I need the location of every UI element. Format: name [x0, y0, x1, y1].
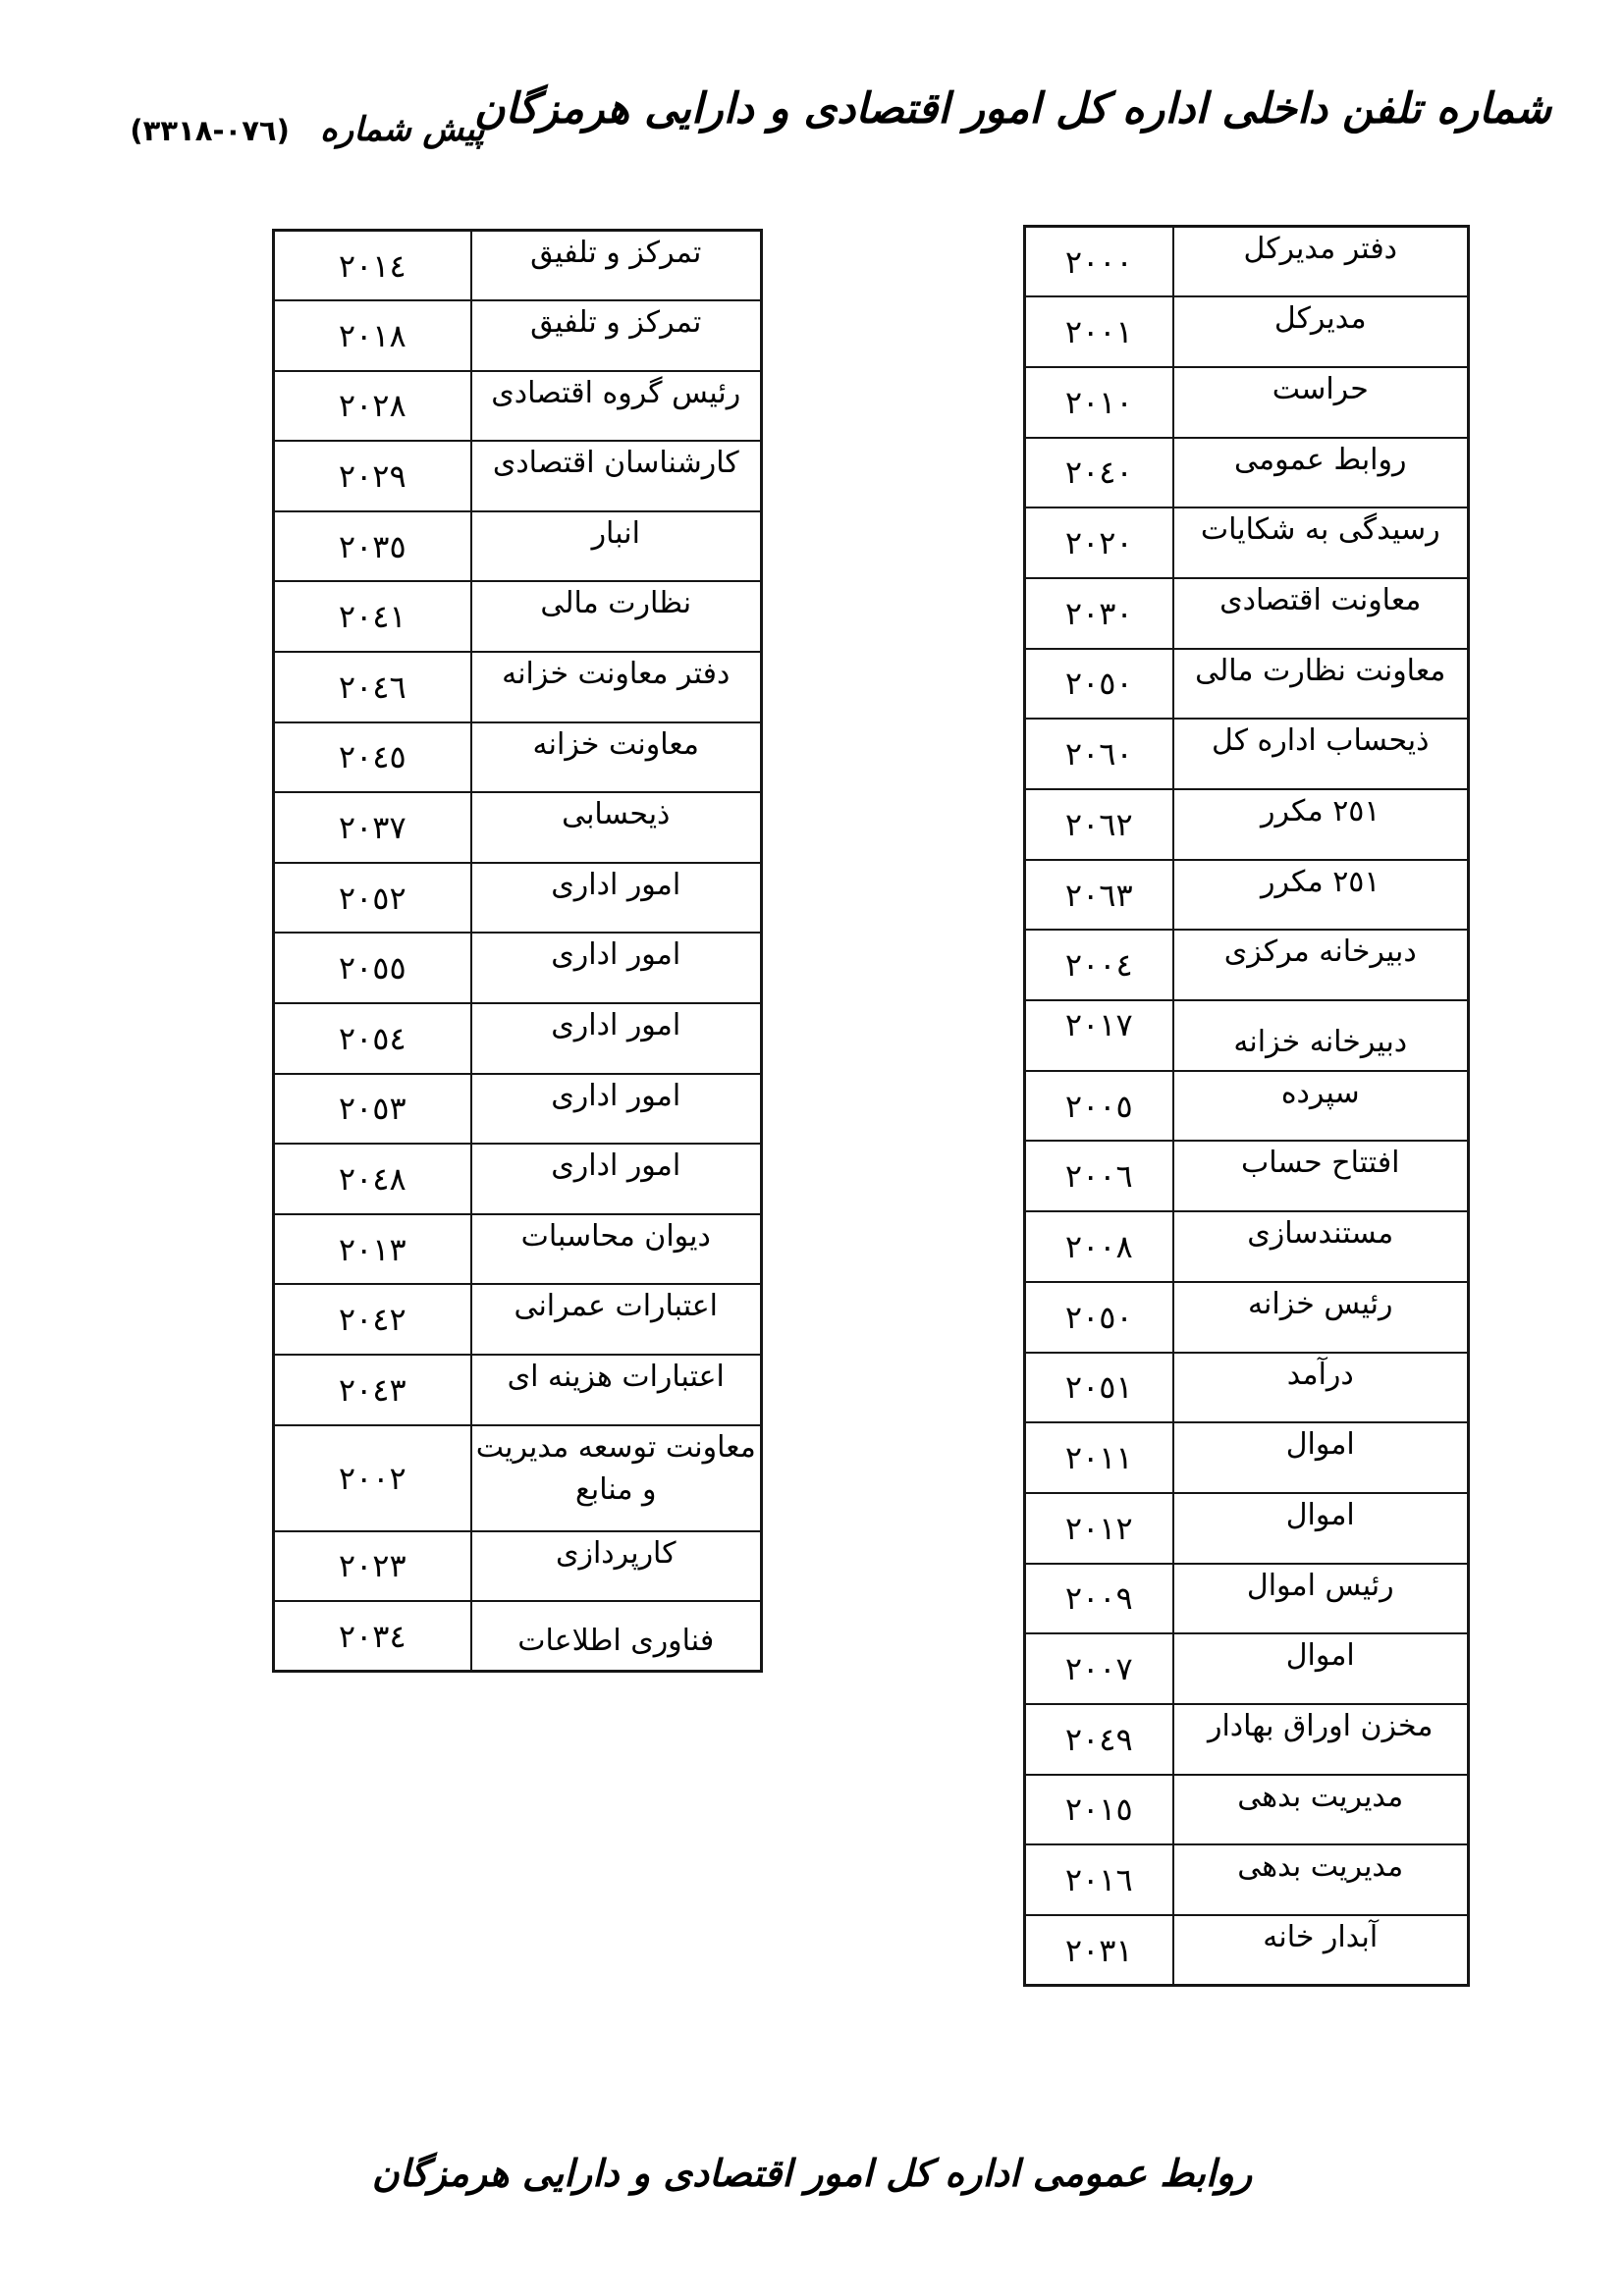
table-row: آبدار خانه٢٠٣١	[1025, 1915, 1469, 1986]
extension-number: ٢٠٢٣	[274, 1531, 471, 1602]
prefix-label: پیش شماره	[320, 110, 485, 149]
extension-number: ٢٠٥٠	[1025, 1282, 1173, 1353]
table-row: مدیرکل٢٠٠١	[1025, 296, 1469, 367]
document-page: شماره تلفن داخلی اداره کل امور اقتصادی و…	[0, 0, 1624, 2296]
extension-number: ٢٠٥٣	[274, 1074, 471, 1145]
table-row: تمرکز و تلفیق٢٠١٨	[274, 300, 762, 371]
department-label: امور اداری	[471, 1144, 762, 1214]
table-row: اموال٢٠٠٧	[1025, 1633, 1469, 1704]
prefix-number: (٠٧٦-٣٣١٨)	[130, 114, 290, 147]
table-row: مدیریت بدهی٢٠١٦	[1025, 1844, 1469, 1915]
extension-number: ٢٠١٨	[274, 300, 471, 371]
department-label: ٢٥١ مکرر	[1173, 860, 1469, 931]
table-row: دفتر مدیرکل٢٠٠٠	[1025, 227, 1469, 297]
table-row: دبیرخانه خزانه٢٠١٧	[1025, 1000, 1469, 1071]
department-label: رئیس خزانه	[1173, 1282, 1469, 1353]
department-label: سپرده	[1173, 1071, 1469, 1142]
department-label: دیوان محاسبات	[471, 1214, 762, 1285]
department-label: اعتبارات هزینه ای	[471, 1355, 762, 1425]
extensions-table-right: دفتر مدیرکل٢٠٠٠مدیرکل٢٠٠١حراست٢٠١٠روابط …	[1023, 225, 1470, 1987]
department-label: مدیرکل	[1173, 296, 1469, 367]
extension-number: ٢٠١٤	[274, 231, 471, 301]
table-row: اعتبارات هزینه ای٢٠٤٣	[274, 1355, 762, 1425]
table-row: روابط عمومی٢٠٤٠	[1025, 438, 1469, 508]
department-label: اموال	[1173, 1493, 1469, 1564]
extension-number: ٢٠٥٢	[274, 863, 471, 934]
department-label: معاونت نظارت مالی	[1173, 649, 1469, 720]
department-label: اعتبارات عمرانی	[471, 1284, 762, 1355]
table-row: ٢٥١ مکرر٢٠٦٣	[1025, 860, 1469, 931]
table-row: اعتبارات عمرانی٢٠٤٢	[274, 1284, 762, 1355]
extension-number: ٢٠٠٩	[1025, 1564, 1173, 1634]
extension-number: ٢٠١٦	[1025, 1844, 1173, 1915]
table-row: دیوان محاسبات٢٠١٣	[274, 1214, 762, 1285]
department-label: رئیس اموال	[1173, 1564, 1469, 1634]
table-row: امور اداری٢٠٥٤	[274, 1003, 762, 1074]
department-label: فناوری اطلاعات	[471, 1601, 762, 1672]
extension-number: ٢٠٦٣	[1025, 860, 1173, 931]
extension-number: ٢٠١٧	[1025, 1000, 1173, 1071]
extension-number: ٢٠٥١	[1025, 1353, 1173, 1423]
department-label: ذیحساب اداره کل	[1173, 719, 1469, 789]
department-label: کارپردازی	[471, 1531, 762, 1602]
table-row: معاونت اقتصادی٢٠٣٠	[1025, 578, 1469, 649]
extension-number: ٢٠٣٥	[274, 511, 471, 582]
table-row: ذیحساب اداره کل٢٠٦٠	[1025, 719, 1469, 789]
department-label: مدیریت بدهی	[1173, 1844, 1469, 1915]
table-row: کارشناسان اقتصادی٢٠٢٩	[274, 441, 762, 511]
extension-number: ٢٠٢٠	[1025, 507, 1173, 578]
table-row: مخزن اوراق بهادار٢٠٤٩	[1025, 1704, 1469, 1775]
department-label: اموال	[1173, 1422, 1469, 1493]
table-row: معاونت توسعه مدیریت و منابع٢٠٠٢	[274, 1425, 762, 1531]
extension-number: ٢٠٠٤	[1025, 930, 1173, 1000]
extension-number: ٢٠٥٤	[274, 1003, 471, 1074]
table-row: معاونت خزانه٢٠٤٥	[274, 722, 762, 793]
department-label: کارشناسان اقتصادی	[471, 441, 762, 511]
department-label: امور اداری	[471, 1074, 762, 1145]
department-label: درآمد	[1173, 1353, 1469, 1423]
department-label: مستندسازی	[1173, 1211, 1469, 1282]
left-table-body: تمرکز و تلفیق٢٠١٤تمرکز و تلفیق٢٠١٨رئیس گ…	[274, 231, 762, 1672]
extension-number: ٢٠٤٨	[274, 1144, 471, 1214]
department-label: دفتر معاونت خزانه	[471, 652, 762, 722]
extension-number: ٢٠٠١	[1025, 296, 1173, 367]
extension-number: ٢٠٠٥	[1025, 1071, 1173, 1142]
extension-number: ٢٠٣١	[1025, 1915, 1173, 1986]
department-label: انبار	[471, 511, 762, 582]
table-row: درآمد٢٠٥١	[1025, 1353, 1469, 1423]
extension-number: ٢٠١٢	[1025, 1493, 1173, 1564]
department-label: مخزن اوراق بهادار	[1173, 1704, 1469, 1775]
extension-number: ٢٠٤٣	[274, 1355, 471, 1425]
department-label: رسیدگی به شکایات	[1173, 507, 1469, 578]
table-row: حراست٢٠١٠	[1025, 367, 1469, 438]
department-label: دبیرخانه خزانه	[1173, 1000, 1469, 1071]
department-label: امور اداری	[471, 933, 762, 1003]
table-row: دفتر معاونت خزانه٢٠٤٦	[274, 652, 762, 722]
department-label: اموال	[1173, 1633, 1469, 1704]
table-row: ٢٥١ مکرر٢٠٦٢	[1025, 789, 1469, 860]
table-row: انبار٢٠٣٥	[274, 511, 762, 582]
table-row: فناوری اطلاعات٢٠٣٤	[274, 1601, 762, 1672]
table-row: مدیریت بدهی٢٠١٥	[1025, 1775, 1469, 1845]
extension-number: ٢٠٠٢	[274, 1425, 471, 1531]
table-row: رئیس خزانه٢٠٥٠	[1025, 1282, 1469, 1353]
extension-number: ٢٠٤٢	[274, 1284, 471, 1355]
table-row: امور اداری٢٠٥٣	[274, 1074, 762, 1145]
extension-number: ٢٠٠٦	[1025, 1141, 1173, 1211]
extension-number: ٢٠١٥	[1025, 1775, 1173, 1845]
table-row: رئیس گروه اقتصادی٢٠٢٨	[274, 371, 762, 442]
extension-number: ٢٠٦٠	[1025, 719, 1173, 789]
table-row: امور اداری٢٠٥٥	[274, 933, 762, 1003]
department-label: افتتاح حساب	[1173, 1141, 1469, 1211]
table-row: افتتاح حساب٢٠٠٦	[1025, 1141, 1469, 1211]
extension-number: ٢٠٤٠	[1025, 438, 1173, 508]
extensions-table-left: تمرکز و تلفیق٢٠١٤تمرکز و تلفیق٢٠١٨رئیس گ…	[272, 229, 763, 1673]
department-label: دفتر مدیرکل	[1173, 227, 1469, 297]
department-label: نظارت مالی	[471, 581, 762, 652]
department-label: تمرکز و تلفیق	[471, 231, 762, 301]
table-row: امور اداری٢٠٥٢	[274, 863, 762, 934]
extension-number: ٢٠٥٥	[274, 933, 471, 1003]
department-label: معاونت توسعه مدیریت و منابع	[471, 1425, 762, 1531]
extension-number: ٢٠٥٠	[1025, 649, 1173, 720]
extension-number: ٢٠٠٠	[1025, 227, 1173, 297]
department-label: ٢٥١ مکرر	[1173, 789, 1469, 860]
department-label: مدیریت بدهی	[1173, 1775, 1469, 1845]
extension-number: ٢٠٣٤	[274, 1601, 471, 1672]
extension-number: ٢٠٤١	[274, 581, 471, 652]
department-label: آبدار خانه	[1173, 1915, 1469, 1986]
department-label: رئیس گروه اقتصادی	[471, 371, 762, 442]
department-label: امور اداری	[471, 863, 762, 934]
page-title: شماره تلفن داخلی اداره کل امور اقتصادی و…	[844, 84, 1551, 133]
table-row: کارپردازی٢٠٢٣	[274, 1531, 762, 1602]
extension-number: ٢٠٤٩	[1025, 1704, 1173, 1775]
extension-number: ٢٠٢٩	[274, 441, 471, 511]
extension-number: ٢٠٦٢	[1025, 789, 1173, 860]
extension-number: ٢٠٠٨	[1025, 1211, 1173, 1282]
department-label: تمرکز و تلفیق	[471, 300, 762, 371]
extension-number: ٢٠٤٦	[274, 652, 471, 722]
table-row: رئیس اموال٢٠٠٩	[1025, 1564, 1469, 1634]
extension-number: ٢٠٠٧	[1025, 1633, 1173, 1704]
table-row: ذیحسابی٢٠٣٧	[274, 792, 762, 863]
footer-text: روابط عمومی اداره کل امور اقتصادی و دارا…	[0, 2152, 1624, 2195]
extension-number: ٢٠٣٧	[274, 792, 471, 863]
department-label: روابط عمومی	[1173, 438, 1469, 508]
table-row: اموال٢٠١١	[1025, 1422, 1469, 1493]
table-row: معاونت نظارت مالی٢٠٥٠	[1025, 649, 1469, 720]
table-row: امور اداری٢٠٤٨	[274, 1144, 762, 1214]
table-row: تمرکز و تلفیق٢٠١٤	[274, 231, 762, 301]
extension-number: ٢٠٢٨	[274, 371, 471, 442]
extension-number: ٢٠١٣	[274, 1214, 471, 1285]
department-label: معاونت خزانه	[471, 722, 762, 793]
department-label: معاونت اقتصادی	[1173, 578, 1469, 649]
prefix-note: پیش شماره (٠٧٦-٣٣١٨)	[116, 110, 499, 149]
extension-number: ٢٠٣٠	[1025, 578, 1173, 649]
table-row: اموال٢٠١٢	[1025, 1493, 1469, 1564]
table-row: نظارت مالی٢٠٤١	[274, 581, 762, 652]
extension-number: ٢٠٤٥	[274, 722, 471, 793]
department-label: دبیرخانه مرکزی	[1173, 930, 1469, 1000]
department-label: امور اداری	[471, 1003, 762, 1074]
extension-number: ٢٠١١	[1025, 1422, 1173, 1493]
right-table-body: دفتر مدیرکل٢٠٠٠مدیرکل٢٠٠١حراست٢٠١٠روابط …	[1025, 227, 1469, 1986]
extension-number: ٢٠١٠	[1025, 367, 1173, 438]
department-label: ذیحسابی	[471, 792, 762, 863]
table-row: رسیدگی به شکایات٢٠٢٠	[1025, 507, 1469, 578]
table-row: مستندسازی٢٠٠٨	[1025, 1211, 1469, 1282]
department-label: حراست	[1173, 367, 1469, 438]
table-row: دبیرخانه مرکزی٢٠٠٤	[1025, 930, 1469, 1000]
table-row: سپرده٢٠٠٥	[1025, 1071, 1469, 1142]
